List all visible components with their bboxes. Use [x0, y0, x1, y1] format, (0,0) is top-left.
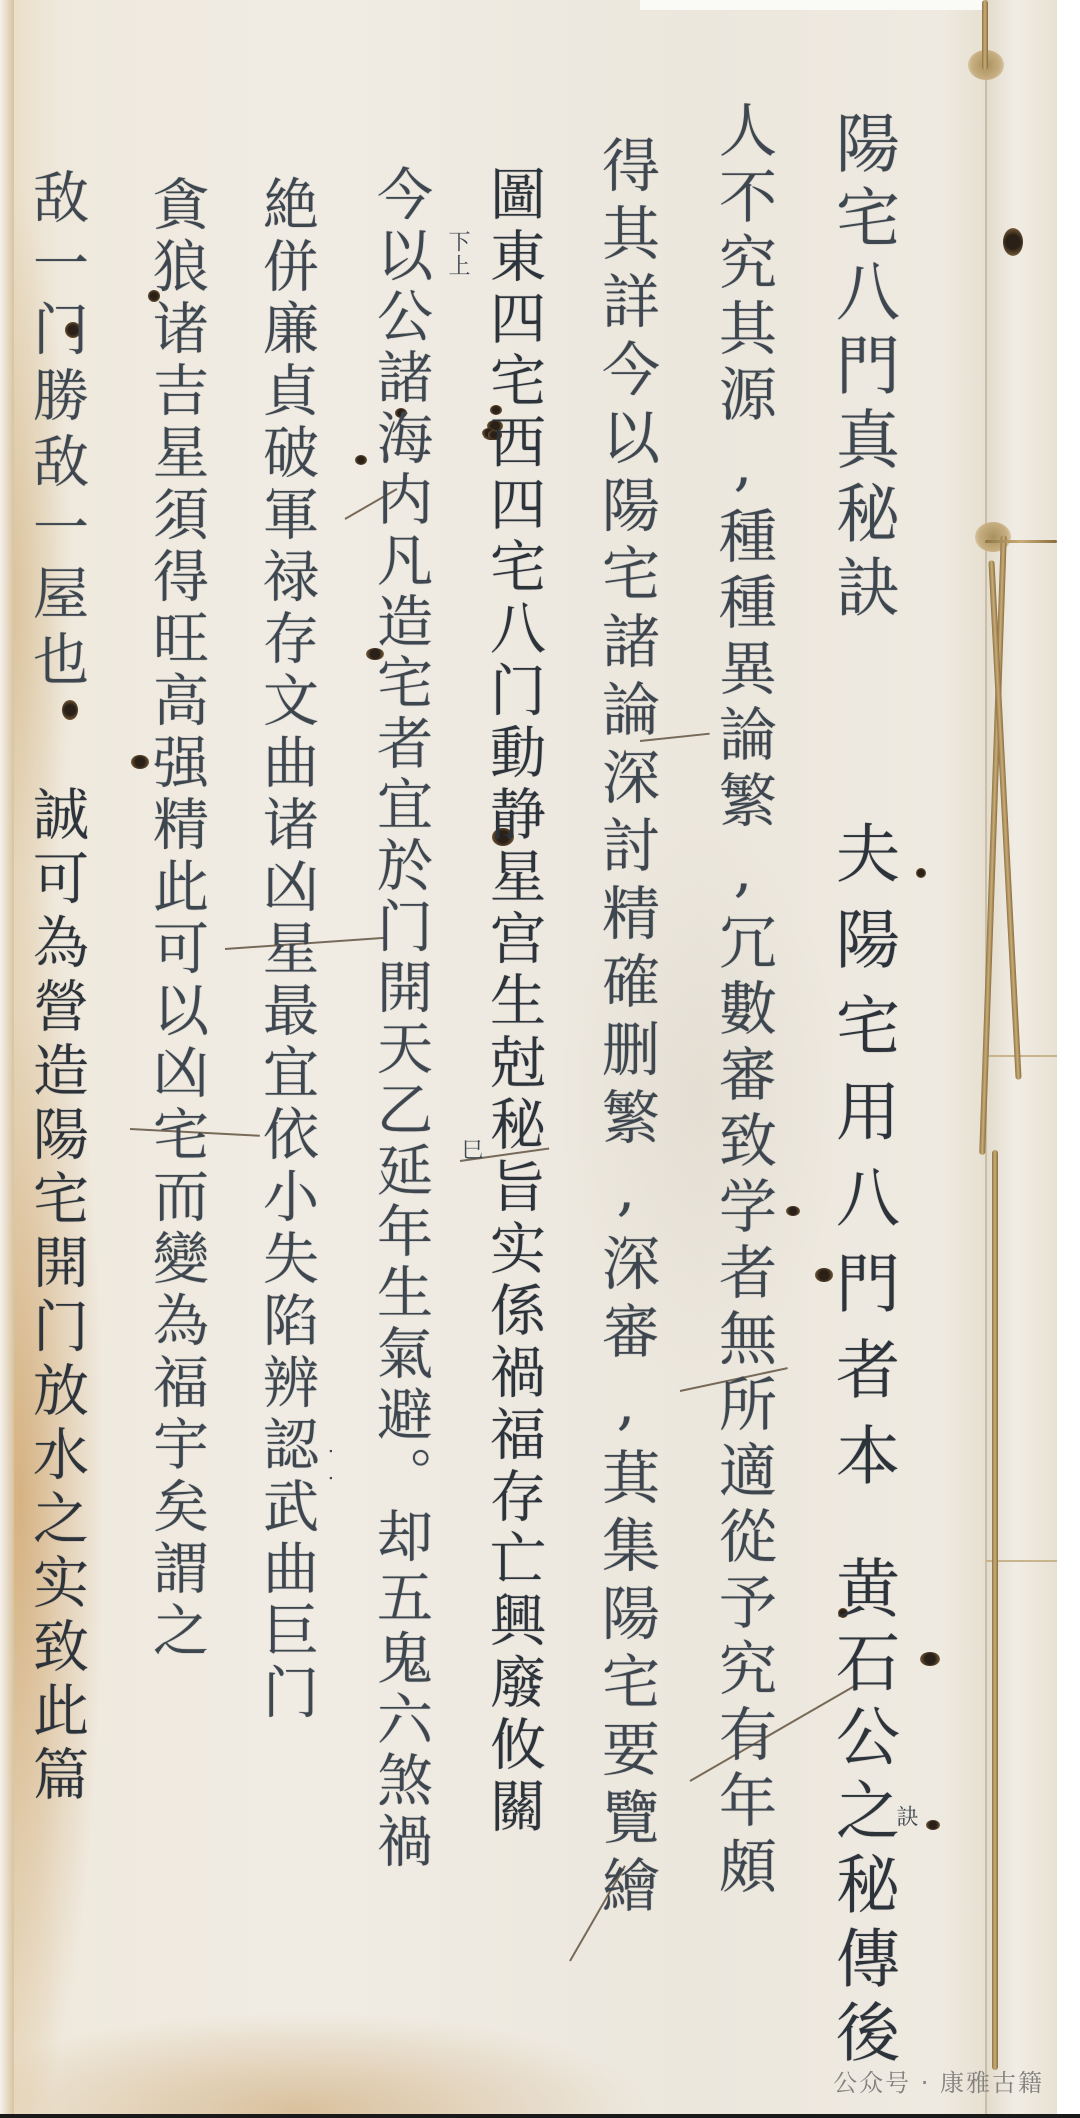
- wormhole: [916, 868, 926, 878]
- wormhole: [1003, 228, 1023, 256]
- text-column-9a: 敌一门勝敌一屋也: [28, 168, 84, 696]
- wormhole: [926, 1820, 940, 1830]
- page-right-margin: [1057, 0, 1080, 2118]
- title-column: 陽宅八門真秘訣: [830, 110, 894, 628]
- annotation-jue: 訣: [890, 1805, 921, 1829]
- wormhole: [62, 700, 78, 720]
- bottom-edge: [0, 2114, 1080, 2118]
- annotation-xiashang: 下上: [442, 230, 473, 278]
- text-column-6: 今以公諸海内凡造宅者宜於门開天乙延年生氣避。却五鬼六煞禍: [372, 165, 428, 1873]
- binding-string-cross: [985, 540, 1057, 543]
- text-column-7: 絶併廉貞破軍禄存文曲诸凶星最宜依小失陷辨認武曲巨门: [258, 175, 314, 1725]
- text-column-9b: 誠可為營造陽宅開门放水之实致此篇: [28, 785, 84, 1809]
- binding-string: [992, 1150, 998, 2070]
- text-column-4: 得其詳今以陽宅諸論深討精確删繁,深審,萁集陽宅要覽繪: [597, 135, 655, 1923]
- attribution-column: 黄石公之秘傳後: [830, 1555, 894, 2073]
- binding-string: [982, 0, 988, 70]
- text-column-8: 貪狼诸吉星須得旺高强精此可以凶宅而變為福宇矣謂之: [148, 175, 204, 1663]
- wormhole: [920, 1652, 940, 1666]
- text-column-3: 人不究其源,種種異論繁,冗數審致学者無所適從予究有年頗: [714, 100, 772, 1902]
- text-column-5: 圖東四宅西四宅八门動静星宫生尅秘旨实係禍福存亡興廢攸關: [485, 165, 541, 1839]
- page-left-edge: [0, 0, 14, 2118]
- watermark: 公众号 · 康雅古籍: [833, 2063, 1044, 2098]
- wormhole: [786, 1206, 800, 1216]
- binding-fold-line: [985, 1055, 1057, 1057]
- wormhole: [355, 455, 367, 465]
- text-column-intro: 夫陽宅用八門者本: [830, 820, 894, 1508]
- annotation-si: 巳: [455, 1138, 486, 1162]
- annotation-marks: ᐧᐧ: [318, 1440, 343, 1494]
